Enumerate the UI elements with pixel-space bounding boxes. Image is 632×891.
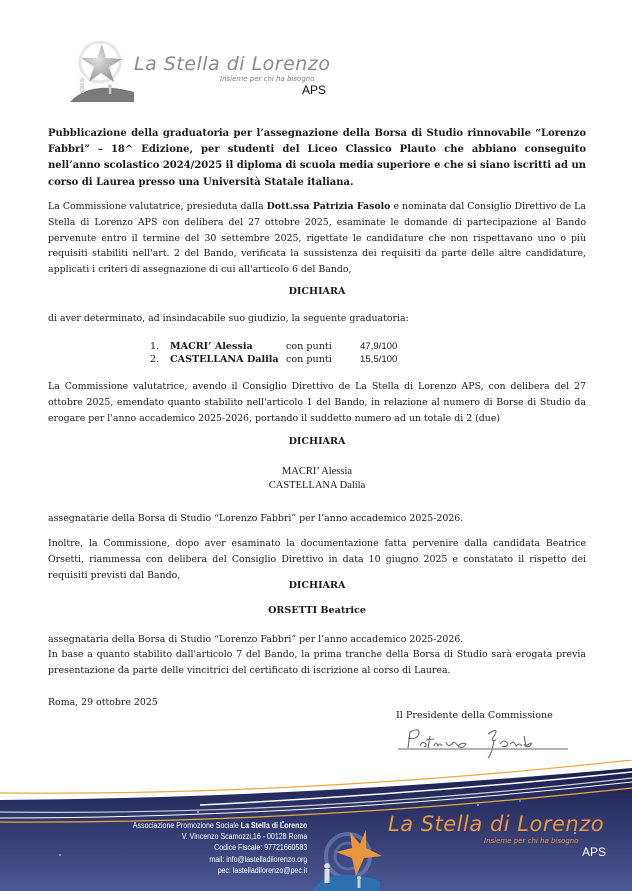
footer: Associazione Promozione Sociale La Stell… — [0, 760, 632, 891]
candidate-points: 47,9/100 — [360, 340, 440, 353]
org-address: V. Vincenzo Scamozzi,16 - 00128 Roma — [132, 831, 307, 842]
document-page: La Stella di Lorenzo Insieme per chi ha … — [0, 0, 632, 891]
paragraph-assignees: assegnatarie della Borsa di Studio “Lore… — [48, 511, 586, 527]
winner-name: ORSETTI Beatrice — [48, 605, 586, 616]
signatory-title: Il Presidente della Commissione — [396, 710, 566, 721]
org-tax-code: Codice Fiscale: 97721660583 — [132, 842, 307, 853]
winner-name: CASTELLANA Dalila — [48, 480, 586, 491]
org-pec[interactable]: pec: lastelladilorenzo@pec.it — [132, 865, 307, 876]
paragraph-commission: La Commissione valutatrice, presieduta d… — [48, 199, 586, 278]
declares-heading-2: DICHIARA — [48, 436, 586, 447]
candidate-name: MACRI’ Alessia — [170, 340, 286, 353]
footer-address: Associazione Promozione Sociale La Stell… — [132, 820, 307, 876]
star-logo-icon — [70, 40, 134, 102]
paragraph-readmission: Inoltre, la Commissione, dopo aver esami… — [48, 536, 586, 583]
paragraph-payment: In base a quanto stabilito dall'articolo… — [48, 647, 586, 679]
ranking-list: 1. MACRI’ Alessia con punti 47,9/100 2. … — [150, 340, 440, 366]
footer-logo-tagline: Insieme per chi ha bisogno — [484, 837, 579, 845]
org-name: La Stella di Lorenzo — [240, 821, 307, 830]
declares-heading-1: DICHIARA — [48, 286, 586, 297]
paragraph-assignee: assegnataria della Borsa di Studio “Lore… — [48, 632, 586, 648]
ranking-row: 2. CASTELLANA Dalila con punti 15,5/100 — [150, 353, 440, 366]
org-email[interactable]: mail: info@lastelladilorenzo.org — [132, 854, 307, 865]
header-logo: La Stella di Lorenzo Insieme per chi ha … — [70, 40, 340, 102]
winner-name: MACRI’ Alessia — [48, 466, 586, 477]
logo-suffix: APS — [302, 83, 326, 97]
signature-icon — [396, 724, 572, 760]
candidate-name: CASTELLANA Dalila — [170, 353, 286, 366]
president-name: Dott.ssa Patrizia Fasolo — [267, 201, 391, 212]
paragraph-ranking-intro: di aver determinato, ad insindacabile su… — [48, 311, 586, 327]
logo-tagline: Insieme per chi ha bisogno — [220, 75, 315, 83]
place-date: Roma, 29 ottobre 2025 — [48, 695, 586, 711]
document-title: Pubblicazione della graduatoria per l’as… — [48, 126, 586, 191]
declares-heading-3: DICHIARA — [48, 580, 586, 591]
candidate-points: 15,5/100 — [360, 353, 440, 366]
paragraph-amendment: La Commissione valutatrice, avendo il Co… — [48, 379, 586, 426]
logo-title: La Stella di Lorenzo — [134, 53, 330, 75]
ranking-row: 1. MACRI’ Alessia con punti 47,9/100 — [150, 340, 440, 353]
footer-logo-title: La Stella di Lorenzo — [388, 812, 604, 836]
footer-logo-suffix: APS — [582, 845, 606, 859]
